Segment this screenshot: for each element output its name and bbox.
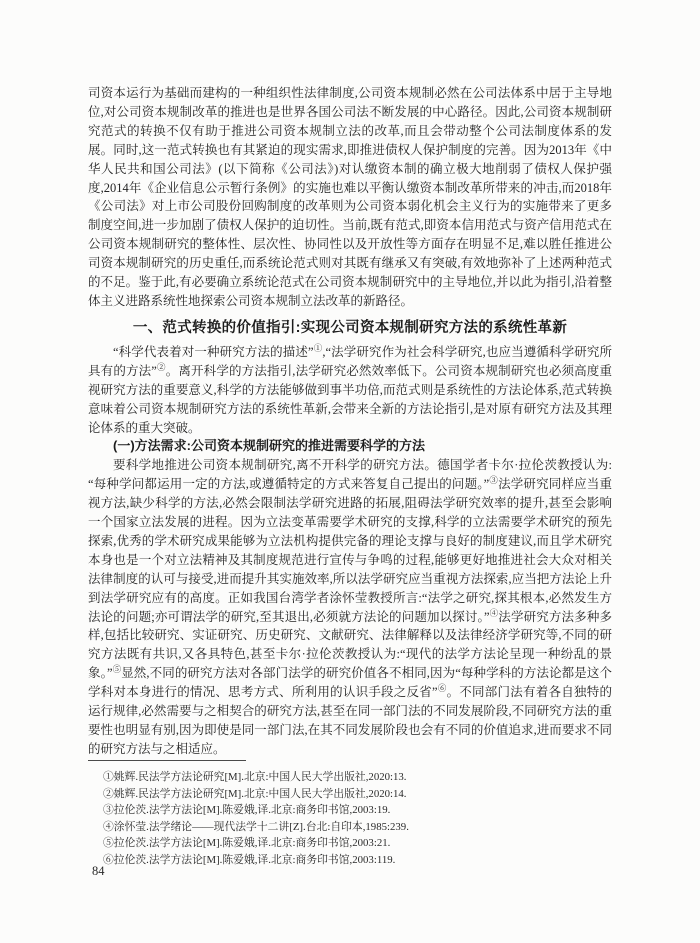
paragraph-continuation: 司资本运行为基础而建构的一种组织性法律制度,公司资本规制必然在公司法体系中居于主… xyxy=(88,84,612,311)
section-heading: 一、范式转换的价值指引:实现公司资本规制研究方法的系统性革新 xyxy=(88,318,612,338)
scanned-document-page: 司资本运行为基础而建构的一种组织性法律制度,公司资本规制必然在公司法体系中居于主… xyxy=(0,0,700,943)
footnote-5: ⑤拉伦茨.法学方法论[M].陈爱娥,译.北京:商务印书馆,2003:21. xyxy=(88,835,612,852)
footnote-ref-marker: ⑤ xyxy=(113,664,122,674)
footnote-separator xyxy=(88,760,246,761)
text-run: 法学研究同样应当重视方法,缺少科学的方法,必然会限制法学研究进路的拓展,阻碍法学… xyxy=(88,477,612,623)
subsection-heading: (一)方法需求:公司资本规制研究的推进需要科学的方法 xyxy=(88,437,612,456)
footnotes-section: ①姚辉.民法学方法论研究[M].北京:中国人民大学出版社,2020:13. ②姚… xyxy=(88,769,612,869)
text-run: “科学代表着对一种研究方法的描述” xyxy=(113,345,314,359)
text-run: 。离开科学的方法指引,法学研究必然效率低下。公司资本规制研究也必须高度重视研究方… xyxy=(88,364,612,435)
paragraph-intro: “科学代表着对一种研究方法的描述”①,“法学研究作为社会科学研究,也应当遵循科学… xyxy=(88,343,612,438)
article-body: 司资本运行为基础而建构的一种组织性法律制度,公司资本规制必然在公司法体系中居于主… xyxy=(88,84,612,759)
text-run: 司资本运行为基础而建构的一种组织性法律制度,公司资本规制必然在公司法体系中居于主… xyxy=(88,86,612,308)
footnote-3: ③拉伦茨.法学方法论[M].陈爱娥,译.北京:商务印书馆,2003:19. xyxy=(88,802,612,819)
footnote-ref-marker: ④ xyxy=(490,607,499,617)
footnote-ref-marker: ③ xyxy=(489,475,498,485)
footnote-4: ④涂怀莹.法学绪论——现代法学十二讲[Z].台北:自印本,1985:239. xyxy=(88,819,612,836)
footnote-ref-marker: ⑥ xyxy=(438,683,447,693)
footnote-6: ⑥拉伦茨.法学方法论[M].陈爱娥,译.北京:商务印书馆,2003:119. xyxy=(88,852,612,869)
page-number: 84 xyxy=(92,864,105,879)
footnote-2: ②姚辉.民法学方法论研究[M].北京:中国人民大学出版社,2020:14. xyxy=(88,786,612,803)
footnote-1: ①姚辉.民法学方法论研究[M].北京:中国人民大学出版社,2020:13. xyxy=(88,769,612,786)
footnote-ref-marker: ② xyxy=(157,362,166,372)
paragraph-method-need: 要科学地推进公司资本规制研究,离不开科学的研究方法。德国学者卡尔·拉伦茨教授认为… xyxy=(88,456,612,759)
